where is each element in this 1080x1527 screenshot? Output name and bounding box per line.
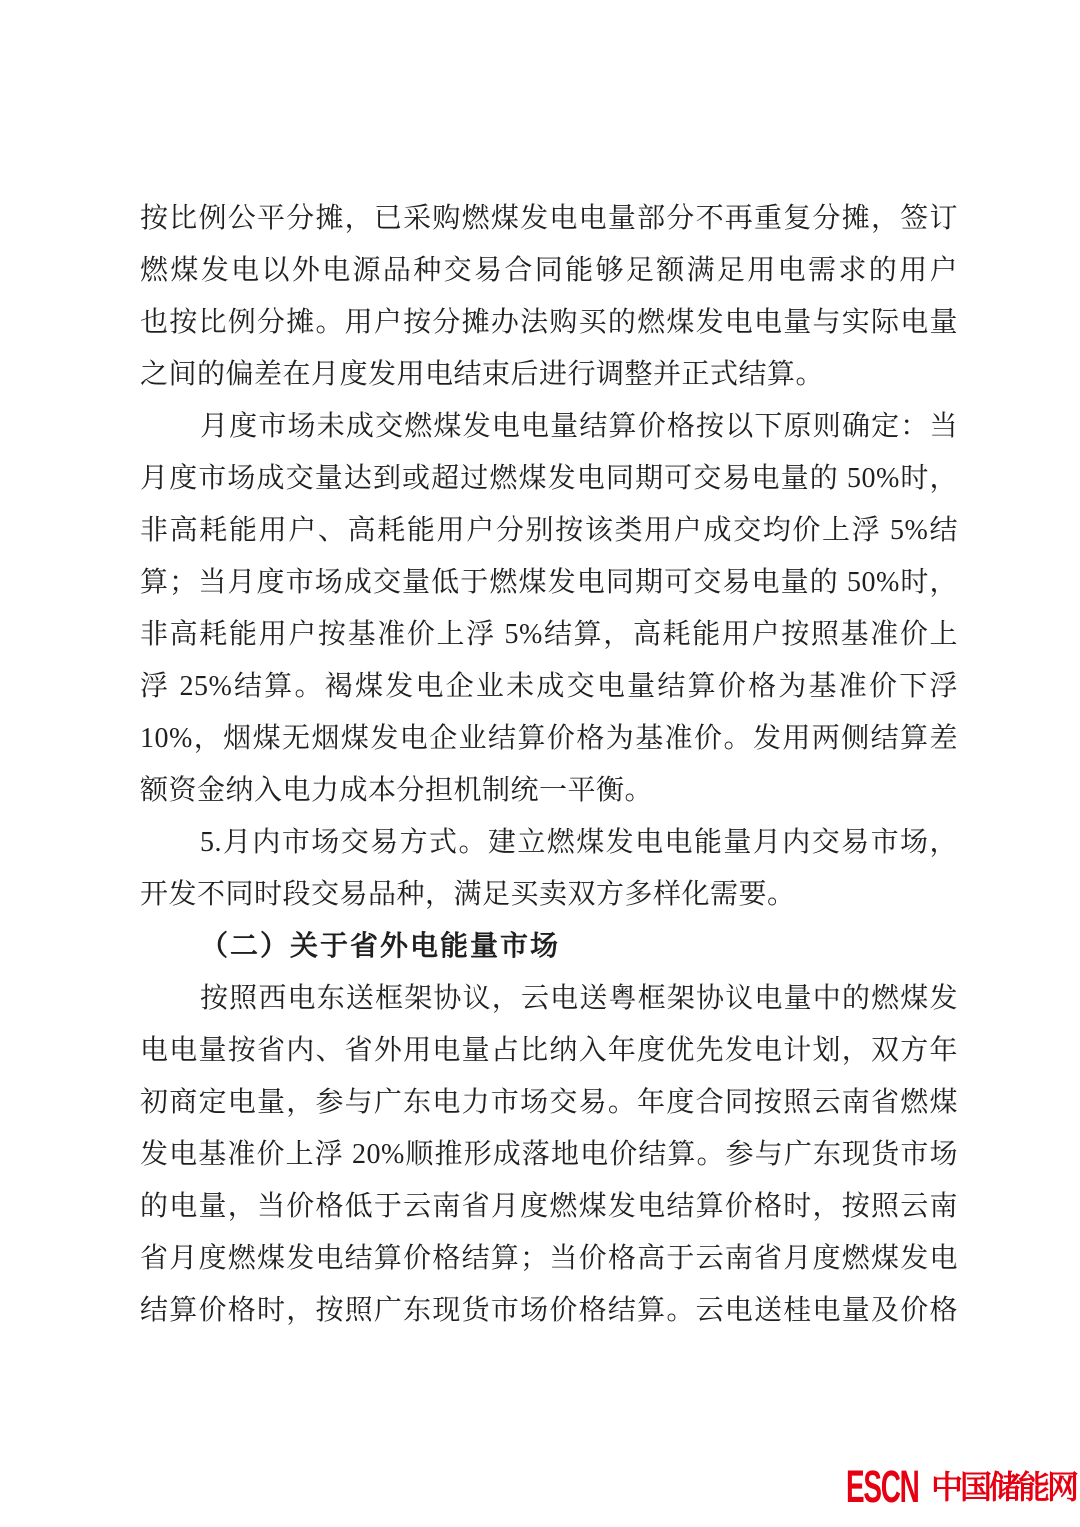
text-line: 非高耗能用户按基准价上浮 5%结算，高耗能用户按照基准价上 <box>140 609 958 661</box>
text-line: 按比例公平分摊，已采购燃煤发电电量部分不再重复分摊，签订 <box>140 193 958 245</box>
text-line: 开发不同时段交易品种，满足买卖双方多样化需要。 <box>140 869 958 921</box>
text-line: 之间的偏差在月度发用电结束后进行调整并正式结算。 <box>140 349 958 401</box>
text-line: 月度市场未成交燃煤发电电量结算价格按以下原则确定：当 <box>140 401 958 453</box>
text-line: 燃煤发电以外电源品种交易合同能够足额满足用电需求的用户 <box>140 245 958 297</box>
text-line: 省月度燃煤发电结算价格结算；当价格高于云南省月度燃煤发电 <box>140 1233 958 1285</box>
text-line: 5.月内市场交易方式。建立燃煤发电电能量月内交易市场， <box>140 817 958 869</box>
text-line: 初商定电量，参与广东电力市场交易。年度合同按照云南省燃煤 <box>140 1077 958 1129</box>
text-line: 按照西电东送框架协议，云电送粤框架协议电量中的燃煤发 <box>140 973 958 1025</box>
section-heading: （二）关于省外电能量市场 <box>140 921 958 973</box>
text-line: 发电基准价上浮 20%顺推形成落地电价结算。参与广东现货市场 <box>140 1129 958 1181</box>
text-line: 月度市场成交量达到或超过燃煤发电同期可交易电量的 50%时， <box>140 453 958 505</box>
text-line: 浮 25%结算。褐煤发电企业未成交电量结算价格为基准价下浮 <box>140 661 958 713</box>
escn-logo-chinese: 中国储能网 <box>931 1466 1076 1508</box>
document-body-text: 按比例公平分摊，已采购燃煤发电电量部分不再重复分摊，签订燃煤发电以外电源品种交易… <box>140 193 958 1337</box>
text-line: 的电量，当价格低于云南省月度燃煤发电结算价格时，按照云南 <box>140 1181 958 1233</box>
text-line: 非高耗能用户、高耗能用户分别按该类用户成交均价上浮 5%结 <box>140 505 958 557</box>
text-line: 算；当月度市场成交量低于燃煤发电同期可交易电量的 50%时， <box>140 557 958 609</box>
page: 按比例公平分摊，已采购燃煤发电电量部分不再重复分摊，签订燃煤发电以外电源品种交易… <box>0 0 1080 1527</box>
escn-logo-latin-wrap: ESCN <box>846 1466 925 1508</box>
text-line: 也按比例分摊。用户按分摊办法购买的燃煤发电电量与实际电量 <box>140 297 958 349</box>
text-line: 结算价格时，按照广东现货市场价格结算。云电送桂电量及价格 <box>140 1285 958 1337</box>
text-line: 额资金纳入电力成本分担机制统一平衡。 <box>140 765 958 817</box>
text-line: 电电量按省内、省外用电量占比纳入年度优先发电计划，双方年 <box>140 1025 958 1077</box>
text-line: 10%，烟煤无烟煤发电企业结算价格为基准价。发用两侧结算差 <box>140 713 958 765</box>
escn-logo-latin: ESCN <box>846 1466 919 1508</box>
escn-logo: ESCN 中国储能网 <box>846 1466 1076 1508</box>
